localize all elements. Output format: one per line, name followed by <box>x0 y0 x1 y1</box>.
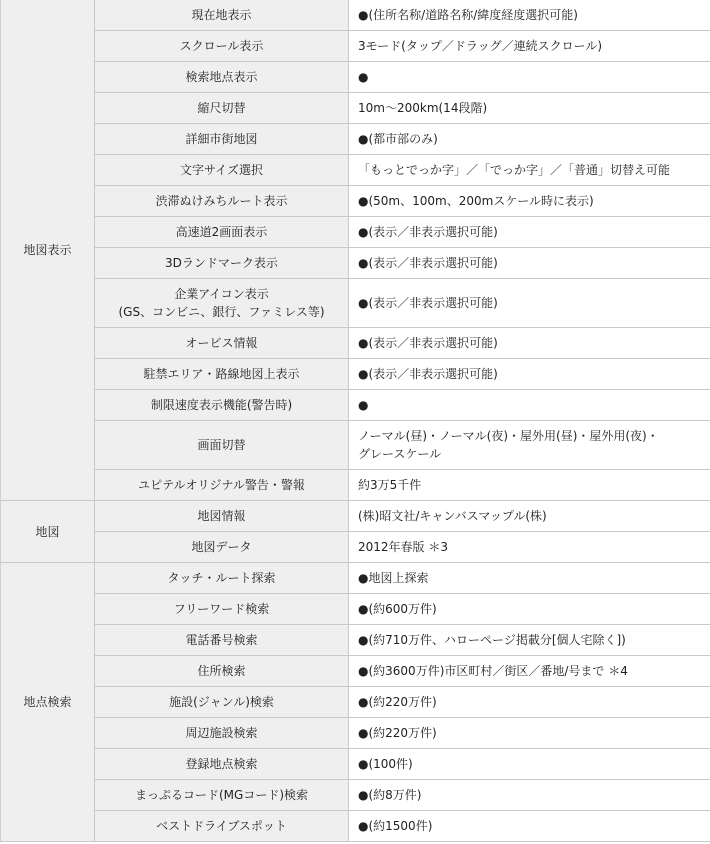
table-row: 渋滞ぬけみちルート表示 ●(50m、100m、200mスケール時に表示) <box>1 186 710 217</box>
item-cell: 高速道2画面表示 <box>95 217 349 248</box>
category-cell: 地図 <box>1 501 95 563</box>
item-cell: まっぷるコード(MGコード)検索 <box>95 780 349 811</box>
table-row: 施設(ジャンル)検索 ●(約220万件) <box>1 687 710 718</box>
table-row: オービス情報 ●(表示／非表示選択可能) <box>1 328 710 359</box>
item-cell: フリーワード検索 <box>95 594 349 625</box>
value-text: 2012年春版 ＊3 <box>358 540 448 554</box>
item-label: まっぷるコード(MGコード)検索 <box>135 788 308 802</box>
item-cell: 企業アイコン表示 (GS、コンビニ、銀行、ファミレス等) <box>95 279 349 328</box>
category-label: 地点検索 <box>23 695 71 709</box>
value-text: ●(約220万件) <box>358 726 437 740</box>
item-label: 渋滞ぬけみちルート表示 <box>155 194 287 208</box>
table-row: 制限速度表示機能(警告時) ● <box>1 390 710 421</box>
item-label: 住所検索 <box>197 664 245 678</box>
category-cell: 地図表示 <box>1 0 95 501</box>
item-cell: 渋滞ぬけみちルート表示 <box>95 186 349 217</box>
value-text: ●(約8万件) <box>358 788 421 802</box>
value-text: ●(表示／非表示選択可能) <box>358 336 498 350</box>
item-label: 周辺施設検索 <box>185 726 257 740</box>
value-cell: ●(約600万件) <box>349 594 710 625</box>
table-row: 3Dランドマーク表示 ●(表示／非表示選択可能) <box>1 248 710 279</box>
value-cell: ●(約1500件) <box>349 811 710 842</box>
value-cell: ●(表示／非表示選択可能) <box>349 248 710 279</box>
table-row: 電話番号検索 ●(約710万件、ハローページ掲載分[個人宅除く]) <box>1 625 710 656</box>
value-cell: (株)昭文社/キャンバスマップル(株) <box>349 501 710 532</box>
value-text: ●(約3600万件)市区町村／街区／番地/号まで ＊4 <box>358 664 628 678</box>
item-cell: 地図データ <box>95 532 349 563</box>
item-label: 検索地点表示 <box>185 70 257 84</box>
value-text: ノーマル(昼)・ノーマル(夜)・屋外用(昼)・屋外用(夜)・ グレースケール <box>358 429 659 461</box>
table-row: 画面切替 ノーマル(昼)・ノーマル(夜)・屋外用(昼)・屋外用(夜)・ グレース… <box>1 421 710 470</box>
table-row: ベストドライブスポット ●(約1500件) <box>1 811 710 842</box>
value-text: 10m〜200km(14段階) <box>358 101 487 115</box>
item-label: タッチ・ルート探索 <box>167 571 275 585</box>
value-cell: 「もっとでっか字」／「でっか字」／「普通」切替え可能 <box>349 155 710 186</box>
table-row: 周辺施設検索 ●(約220万件) <box>1 718 710 749</box>
item-label: ユピテルオリジナル警告・警報 <box>138 478 305 492</box>
table-row: 文字サイズ選択 「もっとでっか字」／「でっか字」／「普通」切替え可能 <box>1 155 710 186</box>
value-text: ●(表示／非表示選択可能) <box>358 256 498 270</box>
item-cell: オービス情報 <box>95 328 349 359</box>
value-text: ●(50m、100m、200mスケール時に表示) <box>358 194 594 208</box>
item-cell: ユピテルオリジナル警告・警報 <box>95 470 349 501</box>
value-text: 約3万5千件 <box>358 478 421 492</box>
table-row: 高速道2画面表示 ●(表示／非表示選択可能) <box>1 217 710 248</box>
item-label: 高速道2画面表示 <box>176 225 268 239</box>
value-text: ●(約220万件) <box>358 695 437 709</box>
value-cell: ●(100件) <box>349 749 710 780</box>
value-text: ●(表示／非表示選択可能) <box>358 225 498 239</box>
item-label: 詳細市街地図 <box>185 132 257 146</box>
table-row: スクロール表示 3モード(タップ／ドラッグ／連続スクロール) <box>1 31 710 62</box>
table-row: 地図表示 現在地表示 ●(住所名称/道路名称/緯度経度選択可能) <box>1 0 710 31</box>
category-label: 地図 <box>35 525 59 539</box>
table-row: 住所検索 ●(約3600万件)市区町村／街区／番地/号まで ＊4 <box>1 656 710 687</box>
item-cell: タッチ・ルート探索 <box>95 563 349 594</box>
table-row: 検索地点表示 ● <box>1 62 710 93</box>
item-cell: 住所検索 <box>95 656 349 687</box>
value-cell: ●(表示／非表示選択可能) <box>349 328 710 359</box>
value-text: ●(表示／非表示選択可能) <box>358 296 498 310</box>
item-label: 3Dランドマーク表示 <box>165 256 278 270</box>
item-cell: 周辺施設検索 <box>95 718 349 749</box>
item-label: 地図情報 <box>197 509 245 523</box>
table-row: 地点検索 タッチ・ルート探索 ●地図上探索 <box>1 563 710 594</box>
value-text: (株)昭文社/キャンバスマップル(株) <box>358 509 547 523</box>
item-label: 文字サイズ選択 <box>180 163 263 177</box>
value-cell: 約3万5千件 <box>349 470 710 501</box>
item-cell: 駐禁エリア・路線地図上表示 <box>95 359 349 390</box>
spec-table: 地図表示 現在地表示 ●(住所名称/道路名称/緯度経度選択可能) スクロール表示… <box>0 0 710 842</box>
item-label: 縮尺切替 <box>197 101 245 115</box>
value-cell: ●(表示／非表示選択可能) <box>349 279 710 328</box>
value-cell: ●(約220万件) <box>349 687 710 718</box>
item-cell: 検索地点表示 <box>95 62 349 93</box>
value-cell: ● <box>349 62 710 93</box>
value-cell: ●(約710万件、ハローページ掲載分[個人宅除く]) <box>349 625 710 656</box>
value-cell: ノーマル(昼)・ノーマル(夜)・屋外用(昼)・屋外用(夜)・ グレースケール <box>349 421 710 470</box>
item-label: 施設(ジャンル)検索 <box>169 695 274 709</box>
value-cell: ●(約3600万件)市区町村／街区／番地/号まで ＊4 <box>349 656 710 687</box>
table-row: ユピテルオリジナル警告・警報 約3万5千件 <box>1 470 710 501</box>
item-cell: 3Dランドマーク表示 <box>95 248 349 279</box>
value-cell: ●地図上探索 <box>349 563 710 594</box>
value-text: ●(約710万件、ハローページ掲載分[個人宅除く]) <box>358 633 626 647</box>
item-cell: 詳細市街地図 <box>95 124 349 155</box>
value-cell: ●(約8万件) <box>349 780 710 811</box>
item-label: ベストドライブスポット <box>156 819 287 833</box>
value-text: ●地図上探索 <box>358 571 428 585</box>
value-text: ●(100件) <box>358 757 413 771</box>
value-cell: 3モード(タップ／ドラッグ／連続スクロール) <box>349 31 710 62</box>
value-text: ●(表示／非表示選択可能) <box>358 367 498 381</box>
value-cell: ●(50m、100m、200mスケール時に表示) <box>349 186 710 217</box>
table-row: 企業アイコン表示 (GS、コンビニ、銀行、ファミレス等) ●(表示／非表示選択可… <box>1 279 710 328</box>
value-text: ●(約1500件) <box>358 819 432 833</box>
item-cell: 地図情報 <box>95 501 349 532</box>
item-label: 制限速度表示機能(警告時) <box>151 398 292 412</box>
item-cell: 登録地点検索 <box>95 749 349 780</box>
value-text: ● <box>358 398 368 412</box>
item-label: スクロール表示 <box>180 39 264 53</box>
value-cell: ●(都市部のみ) <box>349 124 710 155</box>
value-cell: ●(約220万件) <box>349 718 710 749</box>
value-cell: 2012年春版 ＊3 <box>349 532 710 563</box>
value-text: ● <box>358 70 368 84</box>
item-label: 駐禁エリア・路線地図上表示 <box>143 367 299 381</box>
item-label: 画面切替 <box>197 438 245 452</box>
value-cell: ●(表示／非表示選択可能) <box>349 217 710 248</box>
value-text: 3モード(タップ／ドラッグ／連続スクロール) <box>358 39 602 53</box>
value-cell: 10m〜200km(14段階) <box>349 93 710 124</box>
table-row: まっぷるコード(MGコード)検索 ●(約8万件) <box>1 780 710 811</box>
item-label: フリーワード検索 <box>174 602 270 616</box>
value-text: ●(住所名称/道路名称/緯度経度選択可能) <box>358 8 578 22</box>
item-cell: 現在地表示 <box>95 0 349 31</box>
table-row: フリーワード検索 ●(約600万件) <box>1 594 710 625</box>
table-row: 登録地点検索 ●(100件) <box>1 749 710 780</box>
item-label: 電話番号検索 <box>185 633 257 647</box>
item-cell: 制限速度表示機能(警告時) <box>95 390 349 421</box>
value-cell: ●(住所名称/道路名称/緯度経度選択可能) <box>349 0 710 31</box>
value-cell: ●(表示／非表示選択可能) <box>349 359 710 390</box>
item-cell: ベストドライブスポット <box>95 811 349 842</box>
item-cell: 電話番号検索 <box>95 625 349 656</box>
item-cell: 施設(ジャンル)検索 <box>95 687 349 718</box>
table-row: 地図データ 2012年春版 ＊3 <box>1 532 710 563</box>
item-label: 現在地表示 <box>191 8 251 22</box>
item-cell: 画面切替 <box>95 421 349 470</box>
item-label: 企業アイコン表示 (GS、コンビニ、銀行、ファミレス等) <box>118 287 324 319</box>
item-cell: 縮尺切替 <box>95 93 349 124</box>
table-row: 詳細市街地図 ●(都市部のみ) <box>1 124 710 155</box>
value-text: ●(都市部のみ) <box>358 132 438 146</box>
item-label: 登録地点検索 <box>185 757 257 771</box>
value-text: ●(約600万件) <box>358 602 437 616</box>
table-row: 地図 地図情報 (株)昭文社/キャンバスマップル(株) <box>1 501 710 532</box>
item-label: 地図データ <box>191 540 251 554</box>
category-cell: 地点検索 <box>1 563 95 842</box>
item-label: オービス情報 <box>185 336 257 350</box>
item-cell: スクロール表示 <box>95 31 349 62</box>
value-cell: ● <box>349 390 710 421</box>
category-label: 地図表示 <box>23 243 71 257</box>
table-row: 駐禁エリア・路線地図上表示 ●(表示／非表示選択可能) <box>1 359 710 390</box>
table-row: 縮尺切替 10m〜200km(14段階) <box>1 93 710 124</box>
item-cell: 文字サイズ選択 <box>95 155 349 186</box>
value-text: 「もっとでっか字」／「でっか字」／「普通」切替え可能 <box>358 163 670 177</box>
